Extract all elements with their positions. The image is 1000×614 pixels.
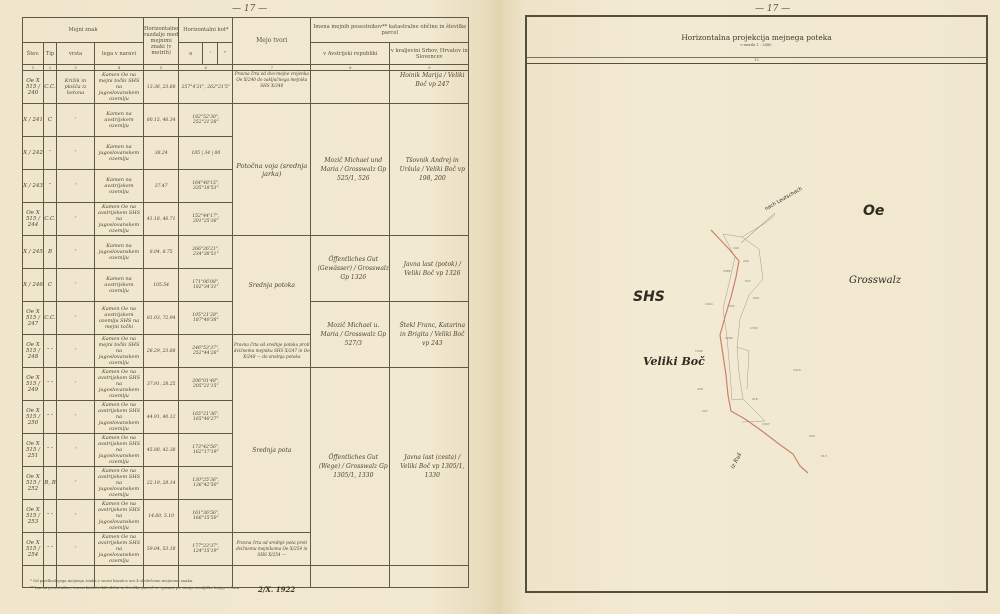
marker-type: C [44,269,57,302]
boundary-register-table: Mejni znak Horizontalno razdalje med mej… [22,17,469,588]
marker-kind: ″ [57,104,95,137]
owner-austria: Öffentliches Gut (Wege) / Grosswalz Gp 1… [311,368,390,566]
marker-type: ″ [44,170,57,203]
page-number-right: — 17 — [755,4,790,14]
marker-number: Oe X 515 / 251 [23,434,44,467]
empty-cell [311,566,390,588]
owner-yugoslavia: Javna last (cesta) / Veliki Boč vp 1305/… [390,368,469,566]
marker-kind: ″ [57,170,95,203]
marker-angle: 206°01'48", 205°21'15" [179,368,233,401]
marker-kind: ″ [57,269,95,302]
marker-type: ″ ″ [44,335,57,368]
marker-type: ″ [44,137,57,170]
marker-location: Kamen Oe na avstrijskem SHS na jugoslova… [95,434,144,467]
marker-kind: ″ [57,137,95,170]
marker-number: Oe X 515 / 244 [23,203,44,236]
marker-type: ″ ″ [44,533,57,566]
marker-angle: 165°21'36", 165°40'27" [179,401,233,434]
marker-location: Kamen na jugoslovanskem ozemlju [95,137,144,170]
marker-angle: 161°36'56", 166°15'50" [179,500,233,533]
marker-number: X / 242 [23,137,44,170]
marker-kind: ″ [57,434,95,467]
svg-text:524: 524 [753,296,759,300]
owner-austria: Mozič Michael und Maria / Grosswalz Gp 5… [311,104,390,236]
marker-number: Oe X 515 / 247 [23,302,44,335]
marker-number: X / 241 [23,104,44,137]
marker-distance: 81.03, 72.94 [144,302,179,335]
owner-austria: Mozič Michael u. Maria / Grosswalz Gp 52… [311,302,390,368]
boundary-segment: Pravna črta od srednje pota proti dvižne… [233,533,311,566]
marker-number: Oe X 515 / 240 [23,71,44,104]
marker-location: Kamen na avstrijskem ozemlju [95,269,144,302]
boundary-segment: Pravna črta od dvo-mejne vrejenka Oe X/2… [233,71,311,104]
marker-location: Kamen na jugoslovanskem ozemlju [95,236,144,269]
marker-distance: 37.91, 28.25 [144,368,179,401]
marker-kind: ″ [57,335,95,368]
header-mejni-znak: Mejni znak [23,18,144,43]
svg-text:1330: 1330 [750,326,758,330]
header-location: lega v naravi [95,43,144,65]
marker-type: C.C. [44,203,57,236]
svg-text:200: 200 [743,259,749,263]
marker-distance: 8.04, 8.75 [144,236,179,269]
svg-text:1307: 1307 [762,422,770,426]
label-shs: SHS [633,289,665,305]
left-page: — 17 — Mejni znak Horizontalno razdalje … [0,0,500,614]
marker-kind: Križik in plošča iz betona [57,71,95,104]
marker-angle: 266°26'21", 234°38'51" [179,236,233,269]
marker-location: Kamen na avstrijskem ozemlju [95,170,144,203]
empty-cell [390,566,469,588]
header-austria: v Avstrijski republiki [311,43,390,65]
marker-angle: 257°4'21", 262°21'5" [179,71,233,104]
svg-text:216: 216 [752,397,758,401]
marker-kind: ″ [57,533,95,566]
marker-number: Oe X 515 / 248 [23,335,44,368]
marker-distance: 41.18, 46.71 [144,203,179,236]
owner-yugoslavia: Štekl Franc, Katarina in Brigita / Velik… [390,302,469,368]
owner-yugoslavia: Tšovnik Andrej in Uršula / Veliki Boč vp… [390,104,469,236]
boundary-segment: Srednja potoka [233,236,311,335]
marker-angle: 105°21'28", 187°40'38" [179,302,233,335]
marker-distance: 22.19, 28.14 [144,467,179,500]
marker-angle: 164°48'15", 335°18'53" [179,170,233,203]
svg-text:527: 527 [745,279,751,283]
svg-text:1310: 1310 [793,368,801,372]
label-veliki-boc: Veliki Boč [643,355,705,368]
owner-yugoslavia: Javna last (potok) / Veliki Boč vp 1326 [390,236,469,302]
page-number-left: — 17 — [232,4,267,14]
svg-text:513: 513 [821,454,827,458]
marker-type: B [44,236,57,269]
boundary-map: 1992001085 52713101321 52412851330 13062… [527,17,986,591]
marker-kind: ″ [57,203,95,236]
marker-number: X / 245 [23,236,44,269]
marker-type: ″ ″ [44,401,57,434]
marker-angle: 152°44'17", 201°25'36" [179,203,233,236]
marker-distance: 59.04, 53.18 [144,533,179,566]
header-kind: vrsta [57,43,95,65]
header-type: Tip [44,43,57,65]
marker-type: C.C. [44,71,57,104]
header-angle: Horizontalni kot* [179,18,233,43]
svg-text:1310: 1310 [705,302,713,306]
marker-type: ″ ″ [44,368,57,401]
marker-location: Kamen Oe na mejni točki SHS na jugoslova… [95,335,144,368]
marker-type: ″ ″ [44,500,57,533]
marker-number: Oe X 515 / 249 [23,368,44,401]
owner-austria [311,71,390,104]
marker-distance: 37.47 [144,170,179,203]
marker-distance: 105.54 [144,269,179,302]
marker-location: Kamen na avstrijskem ozemlju [95,104,144,137]
header-min: ' [203,43,218,65]
marker-angle: 185 | 34 | 00 [179,137,233,170]
marker-number: X / 246 [23,269,44,302]
header-yugoslavia: v kraljevini Srbov, Hrvatov in Slovencev [390,43,469,65]
marker-number: Oe X 515 / 252 [23,467,44,500]
header-distance: Horizontalno razdalje med mejnimi znaki … [144,18,179,65]
marker-distance: 44.91, 40.12 [144,401,179,434]
marker-number: Oe X 515 / 254 [23,533,44,566]
header-sec: " [218,43,233,65]
marker-distance: 13.36, 23.68 [144,71,179,104]
marker-number: Oe X 515 / 253 [23,500,44,533]
marker-location: Kamen Oe na avstrijskem SHS na jugoslova… [95,467,144,500]
label-grosswalz: Grosswalz [849,275,901,286]
signature-date: 2/X. 1922 [258,585,295,594]
marker-kind: ″ [57,467,95,500]
marker-number: X / 243 [23,170,44,203]
marker-distance: 80.15, 46.34 [144,104,179,137]
svg-text:1285: 1285 [725,336,733,340]
boundary-segment: Pravna črta od srednje potoka proti dviž… [233,335,311,368]
marker-type: C.C. [44,302,57,335]
marker-kind: ″ [57,500,95,533]
marker-kind: ″ [57,236,95,269]
marker-distance: 14.60, 5.10 [144,500,179,533]
marker-kind: ″ [57,368,95,401]
svg-text:199: 199 [733,246,739,250]
owner-austria: Öffentliches Gut (Gewässer) / Grosswalz … [311,236,390,302]
marker-type: ″ ″ [44,434,57,467]
marker-location: Kamen Oe na avstrijskem ozemlju SHS na m… [95,302,144,335]
svg-text:1306: 1306 [695,349,703,353]
marker-location: Kamen Oe na mejni točki SHS na jugoslova… [95,71,144,104]
marker-location: Kamen Oe na avstrijskem SHS na jugoslova… [95,401,144,434]
marker-angle: 182°52'30", 252°21'28" [179,104,233,137]
owner-yugoslavia: Hoinik Marija / Veliki Boč vp 247 [390,71,469,104]
marker-location: Kamen Oe na avstrijskem SHS na jugoslova… [95,500,144,533]
boundary-segment: Srednja pota [233,368,311,533]
marker-distance: 45.88, 42.38 [144,434,179,467]
marker-angle: 130°25'36", 136°42'50" [179,467,233,500]
svg-text:1085: 1085 [723,269,731,273]
marker-distance: 38.24 [144,137,179,170]
marker-number: Oe X 515 / 250 [23,401,44,434]
header-owners: Imena mejnih posestnikov** katastralne o… [311,18,469,43]
marker-location: Kamen Oe na avstrijskem SHS na jugoslova… [95,368,144,401]
svg-text:228: 228 [697,387,703,391]
marker-angle: 173°42'56", 162°17'19" [179,434,233,467]
marker-type: C [44,104,57,137]
header-boundary: Mejo tvori [233,18,311,65]
boundary-line [711,230,808,473]
marker-angle: 171°06'08", 182°34'31" [179,269,233,302]
map-frame: Horizontalna projekcija mejnega poteka v… [525,15,988,593]
marker-location: Kamen Oe na avstrijskem SHS na jugoslova… [95,203,144,236]
header-deg: o [179,43,203,65]
header-number: Štev. [23,43,44,65]
marker-angle: 246°53'37", 252°44'26" [179,335,233,368]
marker-location: Kamen Oe na avstrijskem SHS na jugoslova… [95,533,144,566]
marker-type: B, B [44,467,57,500]
svg-text:520: 520 [809,434,815,438]
marker-angle: 177°23'37", 124°15'19" [179,533,233,566]
marker-distance: 26.29, 23.88 [144,335,179,368]
footnote-owners: ** Imena posestnikov, imena katastrskih … [30,585,239,590]
marker-kind: ″ [57,302,95,335]
marker-kind: ″ [57,401,95,434]
boundary-segment: Potočna voja (srednja jarka) [233,104,311,236]
footnote-angle: * Od predhodnjega mejnega znaka v smeri … [30,578,193,583]
svg-text:207: 207 [702,409,708,413]
label-austria: Oe [863,203,884,219]
